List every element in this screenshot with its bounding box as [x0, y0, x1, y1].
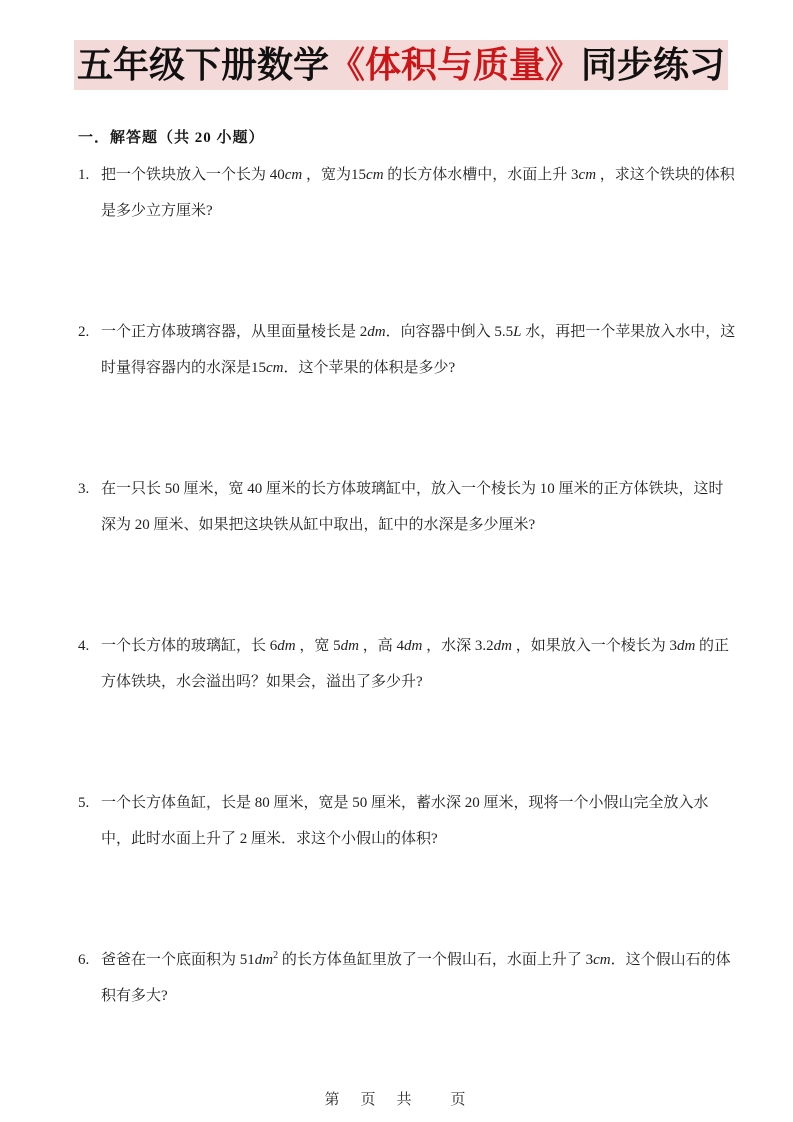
problem-number: 1. — [78, 157, 101, 193]
problem-text: 在一只长 50 厘米，宽 40 厘米的长方体玻璃缸中，放入一个棱长为 10 厘米… — [101, 471, 738, 543]
title-prefix: 五年级下册数学 — [77, 40, 329, 90]
problem-item: 1.把一个铁块放入一个长为 40cm ，宽为15cm 的长方体水槽中，水面上升 … — [78, 157, 738, 314]
problem-number: 4. — [78, 628, 101, 664]
problem-text: 爸爸在一个底面积为 51dm2 的长方体鱼缸里放了一个假山石，水面上升了 3cm… — [101, 942, 738, 1014]
problem-text: 把一个铁块放入一个长为 40cm ，宽为15cm 的长方体水槽中，水面上升 3c… — [101, 157, 738, 229]
page-footer: 第 页 共 页 — [0, 1088, 793, 1109]
problem-list: 1.把一个铁块放入一个长为 40cm ，宽为15cm 的长方体水槽中，水面上升 … — [78, 157, 738, 1014]
title-bar: 五年级下册数学《体积与质量》同步练习 — [74, 40, 728, 90]
title-suffix: 同步练习 — [581, 40, 725, 90]
problem-item: 5.一个长方体鱼缸，长是 80 厘米，宽是 50 厘米，蓄水深 20 厘米，现将… — [78, 785, 738, 942]
problem-item: 2.一个正方体玻璃容器，从里面量棱长是 2dm．向容器中倒入 5.5L 水，再把… — [78, 314, 738, 471]
problem-text: 一个长方体的玻璃缸，长 6dm ，宽 5dm ，高 4dm ，水深 3.2dm … — [101, 628, 738, 700]
worksheet-page: 五年级下册数学《体积与质量》同步练习 一．解答题（共 20 小题） 1.把一个铁… — [0, 0, 793, 1122]
problem-item: 3.在一只长 50 厘米，宽 40 厘米的长方体玻璃缸中，放入一个棱长为 10 … — [78, 471, 738, 628]
section-heading: 一．解答题（共 20 小题） — [78, 126, 265, 147]
problem-number: 2. — [78, 314, 101, 350]
problem-text: 一个正方体玻璃容器，从里面量棱长是 2dm．向容器中倒入 5.5L 水，再把一个… — [101, 314, 738, 386]
problem-item: 4.一个长方体的玻璃缸，长 6dm ，宽 5dm ，高 4dm ，水深 3.2d… — [78, 628, 738, 785]
problem-number: 3. — [78, 471, 101, 507]
title-highlight: 《体积与质量》 — [329, 40, 581, 90]
problem-item: 6.爸爸在一个底面积为 51dm2 的长方体鱼缸里放了一个假山石，水面上升了 3… — [78, 942, 738, 1014]
problem-number: 6. — [78, 942, 101, 978]
problem-number: 5. — [78, 785, 101, 821]
problem-text: 一个长方体鱼缸，长是 80 厘米，宽是 50 厘米，蓄水深 20 厘米，现将一个… — [101, 785, 738, 857]
